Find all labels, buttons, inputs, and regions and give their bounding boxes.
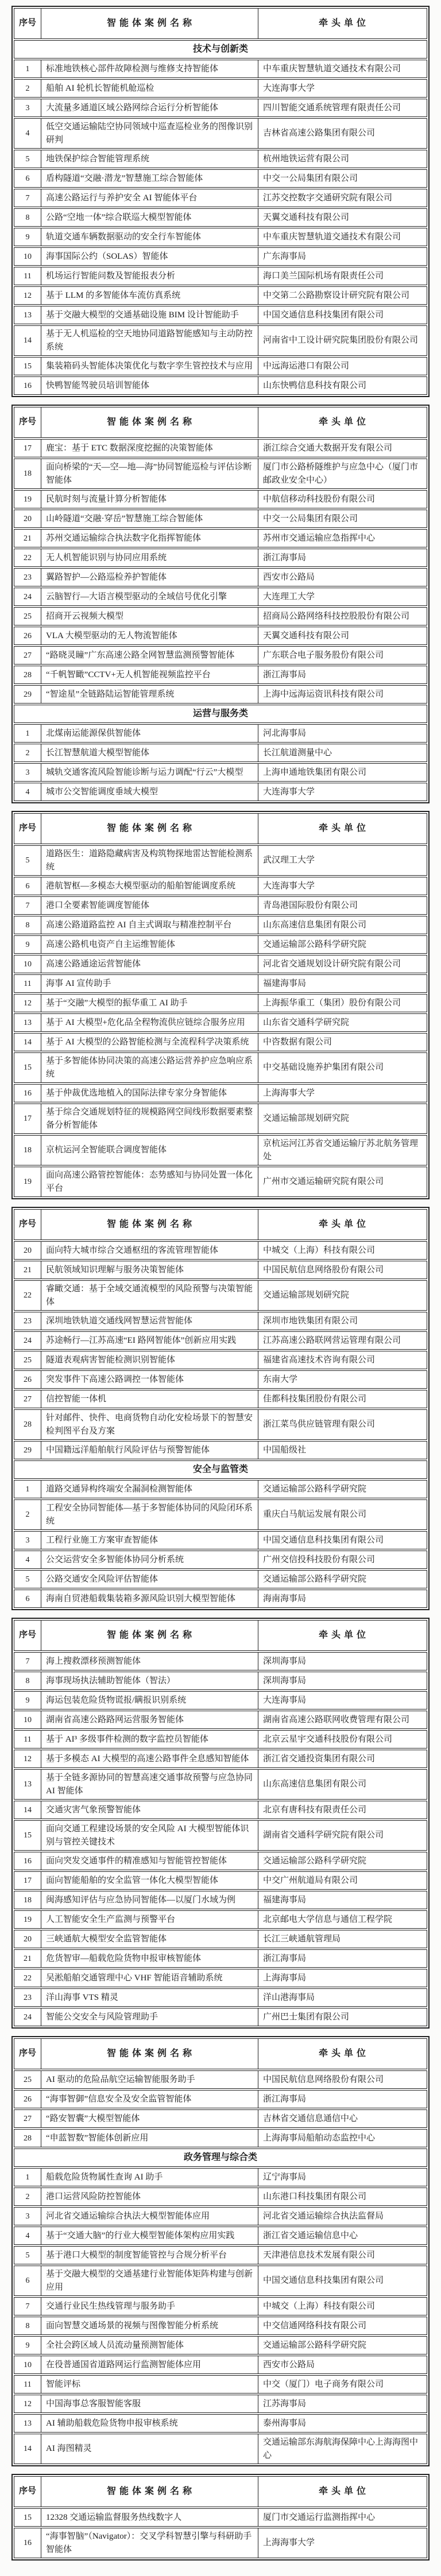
table-row: 21民航领域知识理解与服务决策智能体中国民航信息网络股份有限公司 <box>14 1261 427 1279</box>
case-name: 基于交融大模型的交通基础设施 BIM 设计智能助手 <box>41 306 258 324</box>
lead-unit: 广东海事局 <box>258 248 427 265</box>
lead-unit: 上海申通地铁集团有限公司 <box>258 764 427 781</box>
case-no: 12 <box>14 2395 41 2412</box>
table-row: 23深圳地铁轨道交通线网智慧运营智能体深圳市地铁集团有限公司 <box>14 1312 427 1330</box>
case-no: 9 <box>14 1692 41 1709</box>
lead-unit: 深圳海事局 <box>258 1653 427 1670</box>
table-row: 6海南自贸港船载集装箱多源风险识别大模型智能体海南海事局 <box>14 1590 427 1608</box>
table-row: 1船载危险货物属性查询 AI 助手辽宁海事局 <box>14 2168 427 2186</box>
case-no: 18 <box>14 1136 41 1165</box>
lead-unit: 上海海事局 <box>258 1969 427 1987</box>
case-no: 4 <box>14 783 41 801</box>
case-name: 面向智慧交通场景的视频与图像智能分析系统 <box>41 2317 258 2334</box>
case-name: 危货智审—船载危险货物申报审核智能体 <box>41 1950 258 1967</box>
category-label: 技术与创新类 <box>14 41 427 58</box>
table-row: 6基于交融大模型的交通基建行业智能体矩阵构建与创新应用中国交通信息科技集团有限公… <box>14 2266 427 2296</box>
case-name: 苏州交通运输综合执法数字化指挥智能体 <box>41 530 258 547</box>
lead-unit: 江苏交控数字交通研究院有限公司 <box>258 189 427 207</box>
col-header-unit: 牵 头 单 位 <box>258 2039 427 2069</box>
case-no: 3 <box>14 2208 41 2225</box>
case-table: 序号智 能 体 案 例 名 称牵 头 单 位5道路医生：道路隐藏病害及构筑物探地… <box>11 811 430 1199</box>
case-name: 海事 AI 宣传助手 <box>41 975 258 992</box>
case-table: 序号智 能 体 案 例 名 称牵 头 单 位1512328 交通运输监督服务热线… <box>11 2474 430 2561</box>
case-name: 翼路智护—公路巡检养护智能体 <box>41 569 258 586</box>
table-row: 15基于多智能体协同决策的高速公路运营养护应急响应系统中交基础设施养护集团有限公… <box>14 1052 427 1083</box>
case-no: 15 <box>14 1821 41 1850</box>
case-name: 招商开云视频大模型 <box>41 608 258 625</box>
table-row: 19面向高速公路管控智能体：态势感知与协同处置一体化平台广州市交通运输研究院有限… <box>14 1167 427 1197</box>
table-row: 24云脑智行—大语言模型驱动的全域信号优化引擎大连理工大学 <box>14 588 427 606</box>
case-name: 大流量多通道区域公路网综合运行分析智能体 <box>41 99 258 116</box>
table-row: 29中国籍远洋船舶航行风险评估与预警智能体中国船级社 <box>14 1441 427 1459</box>
lead-unit: 辽宁海事局 <box>258 2169 427 2186</box>
table-row: 16基于仲裁优选地植入的国际法律专家分身智能体上海海事大学 <box>14 1084 427 1102</box>
case-no: 12 <box>14 287 41 304</box>
lead-unit: 中咨数据有限公司 <box>258 1033 427 1051</box>
case-name: 工程安全协同智能体—基于多智能体协同的风险闭环系统 <box>41 1500 258 1529</box>
case-name: 河北省交通运输综合执法大模型智能体应用 <box>41 2208 258 2225</box>
table-row: 5地铁保护综合智能管理系统杭州地铁运营有限公司 <box>14 150 427 168</box>
case-no: 9 <box>14 2337 41 2354</box>
case-no: 29 <box>14 1442 41 1459</box>
case-no: 18 <box>14 459 41 488</box>
lead-unit: 大连海事大学 <box>258 80 427 97</box>
case-no: 15 <box>14 1053 41 1082</box>
case-no: 4 <box>14 1551 41 1568</box>
table-row: 17鹿宝：基于 ETC 数据深度挖掘的决策智能体浙江综合交通大数据开发有限公司 <box>14 439 427 457</box>
table-row: 4基于“交通大脑”的行业大模型智能体架构应用实践浙江省交通运输信息中心 <box>14 2227 427 2245</box>
table-row: 17面向智能船舶的安全监管一体化大模型智能体中交广州航道局有限公司 <box>14 1871 427 1890</box>
case-no: 24 <box>14 588 41 605</box>
lead-unit: 中航信移动科技股份有限公司 <box>258 491 427 508</box>
table-row: 23翼路智护—公路巡检养护智能体西安市公路局 <box>14 568 427 586</box>
lead-unit: 泰州海事局 <box>258 2415 427 2432</box>
case-no: 7 <box>14 2298 41 2315</box>
lead-unit: 上海海事大学 <box>258 1085 427 1102</box>
table-row: 10海事国际公约（SOLAS）智能体广东海事局 <box>14 247 427 266</box>
case-no: 8 <box>14 2317 41 2334</box>
case-no: 13 <box>14 306 41 324</box>
lead-unit: 中交（厦门）电子商务有限公司 <box>258 2376 427 2393</box>
col-header-no: 序号 <box>14 814 41 844</box>
case-no: 25 <box>14 608 41 625</box>
case-no: 11 <box>14 975 41 992</box>
case-name: “海事智脑”（Navigator）：交叉学科智慧引擎与科研助手智能体 <box>41 2528 258 2558</box>
table-row: 22睿瞰交通：基于全域交通流模型的风险预警与决策智能体交通运输部规划研究院 <box>14 1280 427 1311</box>
case-name: 基于 AI 大模型+危化品全程物流供应链综合服务应用 <box>41 1014 258 1031</box>
case-no: 26 <box>14 2091 41 2108</box>
lead-unit: 厦门市交通运行监测指挥中心 <box>258 2509 427 2526</box>
case-name: 交通灾害气象预警智能体 <box>41 1801 258 1819</box>
case-name: 面向桥梁的“天—空—地—海”协同智能巡检与评估诊断智能体 <box>41 459 258 488</box>
case-no: 15 <box>14 2509 41 2526</box>
table-row: 16“海事智脑”（Navigator）：交叉学科智慧引擎与科研助手智能体上海海事… <box>14 2528 427 2558</box>
lead-unit: 上海振华重工（集团）股份有限公司 <box>258 994 427 1012</box>
lead-unit: 江苏高速公路联网营运管理有限公司 <box>258 1332 427 1349</box>
table-row: 1道路交通异构终端安全漏洞检测智能体交通运输部公路科学研究院 <box>14 1480 427 1498</box>
lead-unit: 海口美兰国际机场有限责任公司 <box>258 267 427 285</box>
lead-unit: 东南大学 <box>258 1371 427 1388</box>
case-name: 基于多智能体协同决策的高速公路运营养护应急响应系统 <box>41 1053 258 1082</box>
table-row: 16快鸭智能驾驶员培训智能体山东快鸭信息科技有限公司 <box>14 376 427 395</box>
table-row: 11智能评标中交（厦门）电子商务有限公司 <box>14 2375 427 2394</box>
col-header-unit: 牵 头 单 位 <box>258 1621 427 1650</box>
table-header-row: 序号智 能 体 案 例 名 称牵 头 单 位 <box>14 813 427 844</box>
case-no: 7 <box>14 897 41 914</box>
table-row: 14基于无人机巡检的空天地协同道路智能感知与主动防控系统河南省中工设计研究院集团… <box>14 325 427 356</box>
table-row: 21危货智审—船载危险货物申报审核智能体浙江海事局 <box>14 1949 427 1968</box>
lead-unit: 广州巴士集团有限公司 <box>258 2008 427 2026</box>
case-name: 轨道交通车辆数据驱动的安全行车智能体 <box>41 228 258 246</box>
lead-unit: 长江三峡通航管理局 <box>258 1930 427 1948</box>
case-name: 面向特大城市综合交通枢纽的客流管理智能体 <box>41 1242 258 1259</box>
category-row: 技术与创新类 <box>14 40 427 59</box>
col-header-name: 智 能 体 案 例 名 称 <box>41 814 258 844</box>
case-no: 11 <box>14 1731 41 1748</box>
table-row: 9全社会跨区域人员流动量预测智能体交通运输部公路科学研究院 <box>14 2336 427 2354</box>
case-no: 7 <box>14 1653 41 1670</box>
lead-unit: 苏州市交通运输应急指挥中心 <box>258 530 427 547</box>
case-no: 10 <box>14 2356 41 2373</box>
lead-unit: 交通运输部规划研究院 <box>258 1281 427 1310</box>
table-row: 25AI 驱动的危险品航空运输智能服务助手中国民航信息网络股份有限公司 <box>14 2070 427 2089</box>
table-row: 4低空交通运输陆空协同领域中巡查巡检业务的图像识别研判吉林省高速公路集团有限公司 <box>14 118 427 149</box>
case-name: 洋山海事 VTS 精灵 <box>41 1989 258 2006</box>
lead-unit: 中国交通信息科技集团有限公司 <box>258 306 427 324</box>
case-no: 27 <box>14 647 41 664</box>
lead-unit: 武汉理工大学 <box>258 846 427 875</box>
case-no: 13 <box>14 1770 41 1799</box>
lead-unit: 河南省中工设计研究院集团股份有限公司 <box>258 326 427 355</box>
table-row: 20面向特大城市综合交通枢纽的客流管理智能体中城交（上海）科技有限公司 <box>14 1241 427 1260</box>
case-name: “申蓝智数”智能体创新应用 <box>41 2130 258 2147</box>
case-name: 湖南省高速公路路网运营服务智能体 <box>41 1711 258 1728</box>
case-name: 海运包装危险货物谎报/瞒报识别系统 <box>41 1692 258 1709</box>
case-name: 吴淞船舶交通管理中心 VHF 智能语音辅助系统 <box>41 1969 258 1987</box>
case-no: 5 <box>14 2247 41 2264</box>
table-row: 18面向桥梁的“天—空—地—海”协同智能巡检与评估诊断智能体厦门市公路桥隧维护与… <box>14 459 427 489</box>
case-name: 面向交通工程建设场景的安全风险 AI 大模型智能体识别与管控关键技术 <box>41 1821 258 1850</box>
case-no: 10 <box>14 955 41 973</box>
case-table: 序号智 能 体 案 例 名 称牵 头 单 位25AI 驱动的危险品航空运输智能服… <box>11 2036 430 2466</box>
table-row: 8高速公路道路监控 AI 自主式调取与精准控制平台山东高速信息集团有限公司 <box>14 916 427 934</box>
table-row: 28“千帆智瞰”CCTV+无人机智能视频监控平台浙江海事局 <box>14 666 427 684</box>
lead-unit: 中交一公局集团有限公司 <box>258 170 427 187</box>
col-header-name: 智 能 体 案 例 名 称 <box>41 2477 258 2507</box>
lead-unit: 天津港信息技术发展有限公司 <box>258 2247 427 2264</box>
lead-unit: 厦门市公路桥隧维护与应急中心（厦门市邮政业安全中心） <box>258 459 427 488</box>
case-no: 5 <box>14 846 41 875</box>
table-row: 17基于综合交通规划特征的规模路网空间线形数据要素整备分析智能体交通运输部规划研… <box>14 1104 427 1134</box>
lead-unit: 浙江海事局 <box>258 549 427 566</box>
table-row: 7高速公路运行与养护安全 AI 智能体平台江苏交控数字交通研究院有限公司 <box>14 189 427 207</box>
table-row: 19民航时刻与流量计算分析智能体中航信移动科技股份有限公司 <box>14 490 427 508</box>
case-name: 面向智能船舶的安全监管一体化大模型智能体 <box>41 1872 258 1889</box>
table-row: 28“申蓝智数”智能体创新应用上海海事局船舶动态监控中心 <box>14 2129 427 2147</box>
case-no: 1 <box>14 725 41 742</box>
case-name: 山岭隧道“交融·穿岳”智慧施工综合智能体 <box>41 510 258 527</box>
table-row: 6盾构隧道“交融·潜龙”智慧施工综合智能体中交一公局集团有限公司 <box>14 169 427 188</box>
lead-unit: 广州市交通运输研究院有限公司 <box>258 1167 427 1196</box>
category-row: 政务管理与综合类 <box>14 2148 427 2167</box>
case-name: 机场运行智能问数及智能报表分析 <box>41 267 258 285</box>
case-no: 27 <box>14 1390 41 1408</box>
case-name: 睿瞰交通：基于全域交通流模型的风险预警与决策智能体 <box>41 1281 258 1310</box>
table-row: 7海上搜救漂移预测智能体深圳海事局 <box>14 1652 427 1670</box>
lead-unit: 河北海事局 <box>258 725 427 742</box>
case-name: 深圳地铁轨道交通线网智慧运营智能体 <box>41 1312 258 1330</box>
table-row: 23洋山海事 VTS 精灵洋山港海事局 <box>14 1988 427 2007</box>
table-row: 3工程行业施工方案审查智能体中国交通信息科技集团有限公司 <box>14 1531 427 1549</box>
case-name: VLA 大模型驱动的无人物流智能体 <box>41 627 258 644</box>
case-name: 三峡通航大模型安全监管智能体 <box>41 1930 258 1948</box>
col-header-name: 智 能 体 案 例 名 称 <box>41 407 258 437</box>
table-row: 2船舶 AI 轮机长智能机舱巡检大连海事大学 <box>14 79 427 98</box>
lead-unit: 交通运输部公路科学研究院 <box>258 1481 427 1498</box>
case-no: 19 <box>14 1911 41 1928</box>
table-row: 1北煤南运能源保供智能体河北海事局 <box>14 724 427 743</box>
case-name: 海事国际公约（SOLAS）智能体 <box>41 248 258 265</box>
case-name: 海事现场执法辅助智能体（智法） <box>41 1672 258 1689</box>
case-no: 3 <box>14 764 41 781</box>
lead-unit: 中车重庆智慧轨道交通技术有限公司 <box>258 228 427 246</box>
case-name: 针对邮件、快件、电商货物自动化安检场景下的智慧安检判图平台及方案 <box>41 1410 258 1439</box>
table-row: 18京杭运河全智能联合调度智能体京杭运河江苏省交通运输厅苏北航务管理处 <box>14 1135 427 1165</box>
lead-unit: 山东高速信息集团有限公司 <box>258 1770 427 1799</box>
case-no: 4 <box>14 119 41 148</box>
case-no: 1 <box>14 1481 41 1498</box>
case-no: 20 <box>14 1242 41 1259</box>
case-table: 序号智 能 体 案 例 名 称牵 头 单 位7海上搜救漂移预测智能体深圳海事局8… <box>11 1618 430 2029</box>
category-label: 运营与服务类 <box>14 705 427 722</box>
lead-unit: 湖南省高速公路联网收费管理有限公司 <box>258 1711 427 1728</box>
case-no: 19 <box>14 1167 41 1196</box>
lead-unit: 浙江海事局 <box>258 1950 427 1967</box>
case-no: 21 <box>14 1950 41 1967</box>
case-no: 6 <box>14 2266 41 2295</box>
case-no: 1 <box>14 60 41 77</box>
table-row: 9轨道交通车辆数据驱动的安全行车智能体中车重庆智慧轨道交通技术有限公司 <box>14 228 427 246</box>
case-no: 28 <box>14 1410 41 1439</box>
table-row: 20三峡通航大模型安全监管智能体长江三峡通航管理局 <box>14 1930 427 1948</box>
table-row: 11海事 AI 宣传助手福建海事局 <box>14 974 427 993</box>
case-name: 海上搜救漂移预测智能体 <box>41 1653 258 1670</box>
case-name: 公路“空地一体”综合联巡大模型智能体 <box>41 209 258 226</box>
table-row: 11基于 AI³ 多级事件检测的数字监控员智能体北京云星宇交通科技股份有限公司 <box>14 1730 427 1749</box>
lead-unit: 北京邮电大学信息与通信工程学院 <box>258 1911 427 1928</box>
lead-unit: 上海中远海运资讯科技有限公司 <box>258 686 427 703</box>
case-no: 25 <box>14 2071 41 2088</box>
table-row: 13基于交融大模型的交通基础设施 BIM 设计智能助手中国交通信息科技集团有限公… <box>14 306 427 324</box>
case-name: AI 驱动的危险品航空运输智能服务助手 <box>41 2071 258 2088</box>
case-name: 民航领域知识理解与服务决策智能体 <box>41 1261 258 1279</box>
col-header-no: 序号 <box>14 407 41 437</box>
lead-unit: 中交第二公路勘察设计研究院有限公司 <box>258 287 427 304</box>
table-row: 12基于多模态 AI 大模型的高速公路事件全息感知智能体浙江省交通投资集团有限公… <box>14 1750 427 1768</box>
col-header-unit: 牵 头 单 位 <box>258 1210 427 1240</box>
case-name: 民航时刻与流量计算分析智能体 <box>41 491 258 508</box>
lead-unit: 浙江省交通投资集团有限公司 <box>258 1750 427 1767</box>
case-name: 港航智枢—多模态大模型驱动的船舶智能调度系统 <box>41 877 258 895</box>
case-table: 序号智 能 体 案 例 名 称牵 头 单 位技术与创新类1标准地铁核心部件故障检… <box>11 6 430 397</box>
case-no: 5 <box>14 1571 41 1588</box>
table-row: 12基于 LLM 的多智能体车流仿真系统中交第二公路勘察设计研究院有限公司 <box>14 286 427 305</box>
case-no: 28 <box>14 2130 41 2147</box>
case-name: 中国海事总客服智能客服 <box>41 2395 258 2412</box>
table-row: 22吴淞船舶交通管理中心 VHF 智能语音辅助系统上海海事局 <box>14 1969 427 1987</box>
col-header-name: 智 能 体 案 例 名 称 <box>41 1210 258 1240</box>
case-no: 25 <box>14 1351 41 1369</box>
table-header-row: 序号智 能 体 案 例 名 称牵 头 单 位 <box>14 2038 427 2069</box>
case-name: 北煤南运能源保供智能体 <box>41 725 258 742</box>
case-no: 20 <box>14 510 41 527</box>
case-no: 13 <box>14 2415 41 2432</box>
table-row: 24苏途畅行—江苏高速“EI 路网智能体”创新应用实践江苏高速公路联网营运管理有… <box>14 1331 427 1350</box>
col-header-name: 智 能 体 案 例 名 称 <box>41 9 258 38</box>
case-name: 工程行业施工方案审查智能体 <box>41 1532 258 1549</box>
lead-unit: 大连海事局 <box>258 1692 427 1709</box>
table-row: 25隧道表观病害智能检测识别智能体福建省高速技术咨询有限公司 <box>14 1351 427 1369</box>
case-no: 23 <box>14 569 41 586</box>
case-name: 船舶 AI 轮机长智能机舱巡检 <box>41 80 258 97</box>
table-row: 9高速公路机电资产自主运维智能体交通运输部公路科学研究院 <box>14 935 427 954</box>
lead-unit: 河北省交通运输综合执法监督局 <box>258 2208 427 2225</box>
case-name: AI 海图精灵 <box>41 2434 258 2464</box>
table-row: 27“路晓灵瞳”广东高速公路全网智慧监测预警智能体广东联合电子服务股份有限公司 <box>14 646 427 665</box>
lead-unit: 佳都科技集团股份有限公司 <box>258 1390 427 1408</box>
case-name: “海事智御”信息安全及安全监管智能体 <box>41 2091 258 2108</box>
case-name: 港口运营风险防控智能体 <box>41 2188 258 2205</box>
case-no: 12 <box>14 1750 41 1767</box>
case-name: “千帆智瞰”CCTV+无人机智能视频监控平台 <box>41 666 258 683</box>
case-no: 24 <box>14 2008 41 2026</box>
table-row: 22无人机智能识别与协同应用系统浙江海事局 <box>14 549 427 567</box>
lead-unit: 深圳市地铁集团有限公司 <box>258 1312 427 1330</box>
case-no: 2 <box>14 1500 41 1529</box>
table-row: 10湖南省高速公路路网运营服务智能体湖南省高速公路联网收费管理有限公司 <box>14 1711 427 1729</box>
case-no: 8 <box>14 1672 41 1689</box>
case-table: 序号智 能 体 案 例 名 称牵 头 单 位17鹿宝：基于 ETC 数据深度挖掘… <box>11 405 430 803</box>
case-name: 船载危险货物属性查询 AI 助手 <box>41 2169 258 2186</box>
col-header-no: 序号 <box>14 2477 41 2507</box>
lead-unit: 湖南省交通科学研究院有限公司 <box>258 1821 427 1850</box>
col-header-no: 序号 <box>14 9 41 38</box>
case-no: 15 <box>14 358 41 375</box>
category-label: 安全与监管类 <box>14 1461 427 1478</box>
lead-unit: 上海海事大学 <box>258 2528 427 2558</box>
case-no: 3 <box>14 99 41 116</box>
table-row: 10高速公路通途运营智能体河北省交通规划设计研究院有限公司 <box>14 955 427 973</box>
table-row: 1512328 交通运输监督服务热线数字人厦门市交通运行监测指挥中心 <box>14 2508 427 2527</box>
case-no: 29 <box>14 686 41 703</box>
case-name: 基于 AI 大模型的公路智能检测与全流程科学决策系统 <box>41 1033 258 1051</box>
case-no: 21 <box>14 530 41 547</box>
case-no: 14 <box>14 2434 41 2464</box>
case-no: 8 <box>14 916 41 934</box>
case-name: 低空交通运输陆空协同领域中巡查巡检业务的图像识别研判 <box>41 119 258 148</box>
table-row: 4公交运营安全多智能体协同分析系统广州交信投科技股份有限公司 <box>14 1551 427 1569</box>
case-table: 序号智 能 体 案 例 名 称牵 头 单 位20面向特大城市综合交通枢纽的客流管… <box>11 1207 430 1610</box>
case-no: 26 <box>14 627 41 644</box>
case-no: 16 <box>14 2528 41 2558</box>
table-row: 7交通行业民生热线管理与服务助手中城交（上海）科技有限公司 <box>14 2297 427 2315</box>
lead-unit: 交通运输部公路科学研究院 <box>258 2337 427 2354</box>
case-name: 基于多模态 AI 大模型的高速公路事件全息感知智能体 <box>41 1750 258 1767</box>
lead-unit: 交通运输部公路科学研究院 <box>258 936 427 953</box>
case-name: 云脑智行—大语言模型驱动的全域信号优化引擎 <box>41 588 258 605</box>
case-no: 19 <box>14 491 41 508</box>
table-row: 19人工智能安全生产监测与预警平台北京邮电大学信息与通信工程学院 <box>14 1910 427 1929</box>
table-row: 9海运包装危险货物谎报/瞒报识别系统大连海事局 <box>14 1691 427 1709</box>
lead-unit: 天翼交通科技有限公司 <box>258 209 427 226</box>
table-row: 5道路医生：道路隐藏病害及构筑物探地雷达智能检测系统武汉理工大学 <box>14 845 427 876</box>
lead-unit: 中车重庆智慧轨道交通技术有限公司 <box>258 60 427 77</box>
case-name: 高速公路机电资产自主运维智能体 <box>41 936 258 953</box>
case-name: 全社会跨区域人员流动量预测智能体 <box>41 2337 258 2354</box>
case-name: 基于 AI³ 多级事件检测的数字监控员智能体 <box>41 1731 258 1748</box>
case-no: 9 <box>14 228 41 246</box>
col-header-name: 智 能 体 案 例 名 称 <box>41 2039 258 2069</box>
case-name: 京杭运河全智能联合调度智能体 <box>41 1136 258 1165</box>
col-header-name: 智 能 体 案 例 名 称 <box>41 1621 258 1650</box>
table-header-row: 序号智 能 体 案 例 名 称牵 头 单 位 <box>14 1209 427 1240</box>
table-row: 11机场运行智能问数及智能报表分析海口美兰国际机场有限责任公司 <box>14 267 427 285</box>
lead-unit: 重庆白马航运发展有限公司 <box>258 1500 427 1529</box>
case-no: 28 <box>14 666 41 683</box>
case-name: 公路交通安全风险评估智能体 <box>41 1571 258 1588</box>
case-no: 5 <box>14 150 41 168</box>
case-no: 11 <box>14 267 41 285</box>
case-name: 智能公交安全与风险管理助手 <box>41 2008 258 2026</box>
case-name: 基于“交融”大模型的振华重工 AI 助手 <box>41 994 258 1012</box>
case-name: 突发事件下高速公路调控一体智能体 <box>41 1371 258 1388</box>
case-name: 面向突发交通事件的精准感知与智能管控智能体 <box>41 1852 258 1870</box>
table-row: 26突发事件下高速公路调控一体智能体东南大学 <box>14 1370 427 1389</box>
case-name: 基于“交通大脑”的行业大模型智能体架构应用实践 <box>41 2227 258 2244</box>
case-no: 17 <box>14 1872 41 1889</box>
lead-unit: 浙江海事局 <box>258 666 427 683</box>
case-name: 盾构隧道“交融·潜龙”智慧施工综合智能体 <box>41 170 258 187</box>
lead-unit: 青岛港国际股份有限公司 <box>258 897 427 914</box>
case-no: 14 <box>14 1801 41 1819</box>
table-row: 2工程安全协同智能体—基于多智能体协同的风险闭环系统重庆白马航运发展有限公司 <box>14 1499 427 1530</box>
lead-unit: 海南海事局 <box>258 1590 427 1607</box>
case-name: 隧道表观病害智能检测识别智能体 <box>41 1351 258 1369</box>
table-row: 15面向交通工程建设场景的安全风险 AI 大模型智能体识别与管控关键技术湖南省交… <box>14 1820 427 1851</box>
col-header-unit: 牵 头 单 位 <box>258 814 427 844</box>
page: { "table": { "columns": { "no": "序号", "n… <box>0 0 441 2576</box>
case-no: 2 <box>14 2188 41 2205</box>
lead-unit: 交通运输部规划研究院 <box>258 1104 427 1133</box>
lead-unit: 浙江综合交通大数据开发有限公司 <box>258 440 427 457</box>
case-name: 在役普通国省道路网运行监测智能体应用 <box>41 2356 258 2373</box>
table-header-row: 序号智 能 体 案 例 名 称牵 头 单 位 <box>14 2476 427 2507</box>
col-header-unit: 牵 头 单 位 <box>258 407 427 437</box>
case-no: 8 <box>14 209 41 226</box>
lead-unit: 福建海事局 <box>258 975 427 992</box>
table-row: 12中国海事总客服智能客服江苏海事局 <box>14 2395 427 2413</box>
category-row: 安全与监管类 <box>14 1460 427 1479</box>
table-row: 8面向智慧交通场景的视频与图像智能分析系统中交信通网络科技有限公司 <box>14 2317 427 2335</box>
table-row: 14交通灾害气象预警智能体北京有唐科技有限责任公司 <box>14 1801 427 1819</box>
table-header-row: 序号智 能 体 案 例 名 称牵 头 单 位 <box>14 407 427 438</box>
lead-unit: 大连海事大学 <box>258 877 427 895</box>
case-no: 2 <box>14 744 41 761</box>
table-row: 8公路“空地一体”综合联巡大模型智能体天翼交通科技有限公司 <box>14 208 427 227</box>
case-no: 18 <box>14 1891 41 1909</box>
lead-unit: 中国船级社 <box>258 1442 427 1459</box>
lead-unit: 山东港口科技集团有限公司 <box>258 2188 427 2205</box>
